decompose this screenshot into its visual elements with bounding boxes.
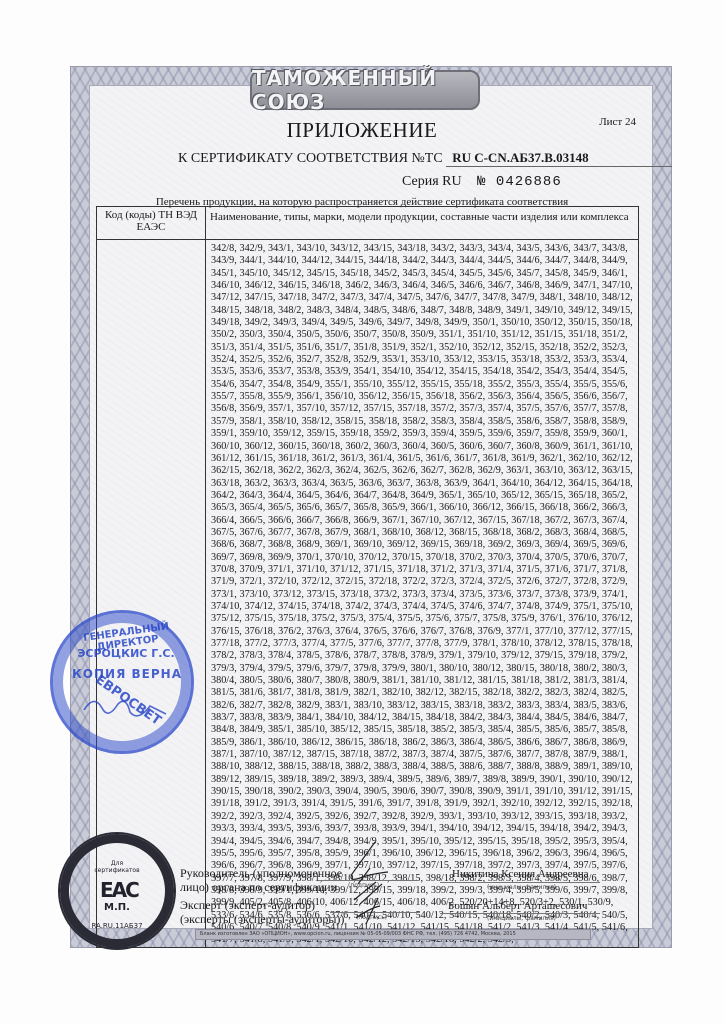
- stamp-text: КОПИЯ ВЕРНА: [67, 667, 187, 681]
- expert-label: Эксперт (эксперт-аудитор) (эксперты (экс…: [180, 898, 344, 926]
- company-stamp: ГЕНЕРАЛЬНЫЙ ДИРЕКТОР ЭСРОЦКИС Г.С. КОПИЯ…: [50, 610, 194, 754]
- stamp-text: RA.RU.11АБ37: [86, 922, 148, 930]
- expert-name-line: [440, 913, 600, 914]
- series-label: Серия RU: [402, 174, 462, 189]
- head-name-line: [440, 882, 600, 883]
- column-header-code: Код (коды) ТН ВЭД ЕАЭС: [97, 207, 206, 240]
- stamp-text: М.П.: [94, 902, 140, 913]
- products-table: Код (коды) ТН ВЭД ЕАЭС Наименование, тип…: [96, 206, 639, 948]
- expert-name: Бошян Альберт Арташесович: [448, 900, 587, 912]
- handwritten-signature-icon: [330, 838, 410, 938]
- eac-mark-icon: ЕАС: [100, 878, 134, 902]
- certification-body-stamp: Для сертификатов ЕАС М.П. RA.RU.11АБ37: [58, 832, 176, 950]
- certificate-number-line: К СЕРТИФИКАТУ СООТВЕТСТВИЯ №ТС RU C-CN.А…: [178, 150, 672, 167]
- head-name: Никитина Ксения Андреевна: [452, 868, 588, 880]
- head-label-line1: Руководитель (уполномоченное: [180, 866, 342, 880]
- expert-label-line2: (эксперты (эксперты-аудиторы)): [180, 912, 344, 926]
- customs-union-banner: ТАМОЖЕННЫЙ СОЮЗ: [250, 70, 480, 110]
- certificate-prefix: К СЕРТИФИКАТУ СООТВЕТСТВИЯ №ТС: [178, 151, 443, 166]
- stamp-text: ЭСРОЦКИС Г.С.: [71, 647, 181, 660]
- handwritten-signature-icon: [80, 690, 170, 730]
- expert-label-line1: Эксперт (эксперт-аудитор): [180, 898, 344, 912]
- column-header-name: Наименование, типы, марки, модели продук…: [206, 207, 639, 240]
- page-title: ПРИЛОЖЕНИЕ: [0, 118, 724, 143]
- name-note: (инициалы, фамилия): [487, 915, 556, 922]
- model-list-cell: 342/8, 342/9, 343/1, 343/10, 343/12, 343…: [206, 240, 639, 948]
- series-line: Серия RU № 0426886: [402, 174, 562, 190]
- name-note: (инициалы, фамилия): [487, 884, 556, 891]
- head-label-line2: лицо) органа по сертификации: [180, 880, 342, 894]
- stamp-text: Для сертификатов: [88, 860, 146, 874]
- certificate-number: RU C-CN.АБ37.В.03148: [446, 150, 672, 167]
- printer-footer: Бланк изготовлен ЗАО «ОПЦИОН», www.opcio…: [195, 929, 591, 940]
- table-header-row: Код (коды) ТН ВЭД ЕАЭС Наименование, тип…: [97, 207, 639, 240]
- series-number: № 0426886: [477, 174, 562, 190]
